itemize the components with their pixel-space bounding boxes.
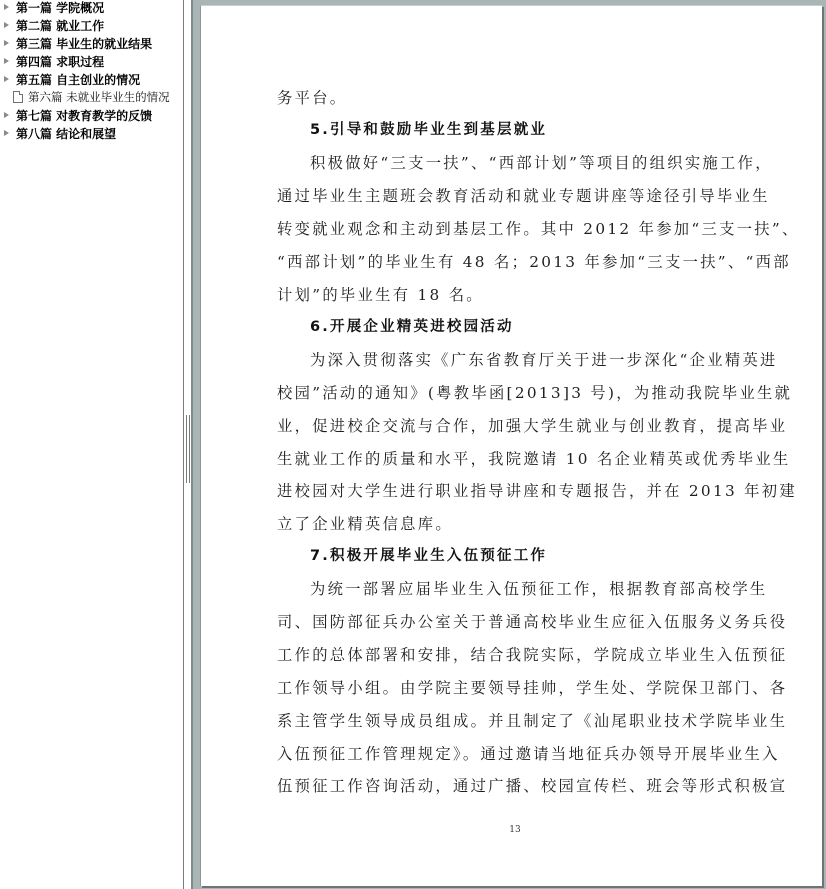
body-text-line: 生就业工作的质量和水平，我院邀请 10 名企业精英或优秀毕业生 — [277, 449, 791, 469]
body-text-line: 务平台。 — [277, 88, 347, 108]
splitter-grip[interactable] — [186, 415, 187, 483]
bookmark-label: 第四篇 求职过程 — [16, 53, 104, 70]
bookmark-item-2[interactable]: 第二篇 就业工作 — [0, 16, 183, 34]
bookmark-label: 第八篇 结论和展望 — [16, 125, 116, 142]
bookmark-item-6[interactable]: 第六篇 未就业毕业生的情况 — [0, 88, 183, 106]
section-heading: 5.引导和鼓励毕业生到基层就业 — [310, 120, 547, 140]
bookmark-label: 第一篇 学院概况 — [16, 0, 104, 16]
document-icon — [13, 91, 23, 103]
expand-arrow-icon[interactable] — [4, 22, 9, 28]
bookmarks-panel: 第一篇 学院概况 第二篇 就业工作 第三篇 毕业生的就业结果 第四篇 求职过程 … — [0, 0, 183, 889]
section-heading: 7.积极开展毕业生入伍预征工作 — [310, 546, 547, 566]
body-text-line: 立了企业精英信息库。 — [277, 514, 453, 534]
bookmark-item-8[interactable]: 第八篇 结论和展望 — [0, 124, 183, 142]
expand-arrow-icon[interactable] — [4, 112, 9, 118]
document-viewer[interactable]: 务平台。 5.引导和鼓励毕业生到基层就业 积极做好“三支一扶”、“西部计划”等项… — [191, 0, 826, 889]
body-text-line: 伍预征工作咨询活动，通过广播、校园宣传栏、班会等形式积极宣 — [277, 776, 787, 796]
body-text-line: 为深入贯彻落实《广东省教育厅关于进一步深化“企业精英进 — [310, 350, 778, 370]
bookmark-label: 第六篇 未就业毕业生的情况 — [28, 89, 170, 105]
body-text-line: 业，促进校企交流与合作，加强大学生就业与创业教育，提高毕业 — [277, 416, 787, 436]
pdf-reader-window: 第一篇 学院概况 第二篇 就业工作 第三篇 毕业生的就业结果 第四篇 求职过程 … — [0, 0, 826, 889]
panel-splitter[interactable] — [183, 0, 191, 889]
body-text-line: 入伍预征工作管理规定》。通过邀请当地征兵办领导开展毕业生入 — [277, 744, 780, 764]
body-text-line: 积极做好“三支一扶”、“西部计划”等项目的组织实施工作， — [310, 153, 773, 173]
document-page: 务平台。 5.引导和鼓励毕业生到基层就业 积极做好“三支一扶”、“西部计划”等项… — [200, 5, 822, 886]
body-text-line: 进校园对大学生进行职业指导讲座和专题报告，并在 2013 年初建 — [277, 481, 797, 501]
page-number: 13 — [201, 825, 826, 835]
body-text-line: 转变就业观念和主动到基层工作。其中 2012 年参加“三支一扶”、 — [277, 219, 800, 239]
bookmark-label: 第五篇 自主创业的情况 — [16, 71, 140, 88]
section-heading: 6.开展企业精英进校园活动 — [310, 317, 514, 337]
bookmark-item-1[interactable]: 第一篇 学院概况 — [0, 0, 183, 16]
bookmark-label: 第三篇 毕业生的就业结果 — [16, 35, 152, 52]
body-text-line: 计划”的毕业生有 18 名。 — [277, 285, 484, 305]
bookmark-label: 第七篇 对教育教学的反馈 — [16, 107, 152, 124]
expand-arrow-icon[interactable] — [4, 58, 9, 64]
body-text-line: 通过毕业生主题班会教育活动和就业专题讲座等途径引导毕业生 — [277, 186, 770, 206]
body-text-line: 校园”活动的通知》(粤教毕函[2013]3 号)，为推动我院毕业生就 — [277, 383, 792, 403]
body-text-line: 为统一部署应届毕业生入伍预征工作，根据教育部高校学生 — [310, 579, 768, 599]
bookmark-item-4[interactable]: 第四篇 求职过程 — [0, 52, 183, 70]
body-text-line: 工作的总体部署和安排，结合我院实际，学院成立毕业生入伍预征 — [277, 645, 787, 665]
bookmark-item-3[interactable]: 第三篇 毕业生的就业结果 — [0, 34, 183, 52]
bookmark-item-7[interactable]: 第七篇 对教育教学的反馈 — [0, 106, 183, 124]
expand-arrow-icon[interactable] — [4, 76, 9, 82]
bookmark-item-5[interactable]: 第五篇 自主创业的情况 — [0, 70, 183, 88]
expand-arrow-icon[interactable] — [4, 130, 9, 136]
expand-arrow-icon[interactable] — [4, 40, 9, 46]
bookmark-label: 第二篇 就业工作 — [16, 17, 104, 34]
body-text-line: 系主管学生领导成员组成。并且制定了《汕尾职业技术学院毕业生 — [277, 711, 787, 731]
splitter-grip[interactable] — [189, 415, 190, 483]
expand-arrow-icon[interactable] — [4, 4, 9, 10]
body-text-line: “西部计划”的毕业生有 48 名；2013 年参加“三支一扶”、“西部 — [277, 252, 791, 272]
body-text-line: 司、国防部征兵办公室关于普通高校毕业生应征入伍服务义务兵役 — [277, 612, 787, 632]
body-text-line: 工作领导小组。由学院主要领导挂帅，学生处、学院保卫部门、各 — [277, 678, 787, 698]
